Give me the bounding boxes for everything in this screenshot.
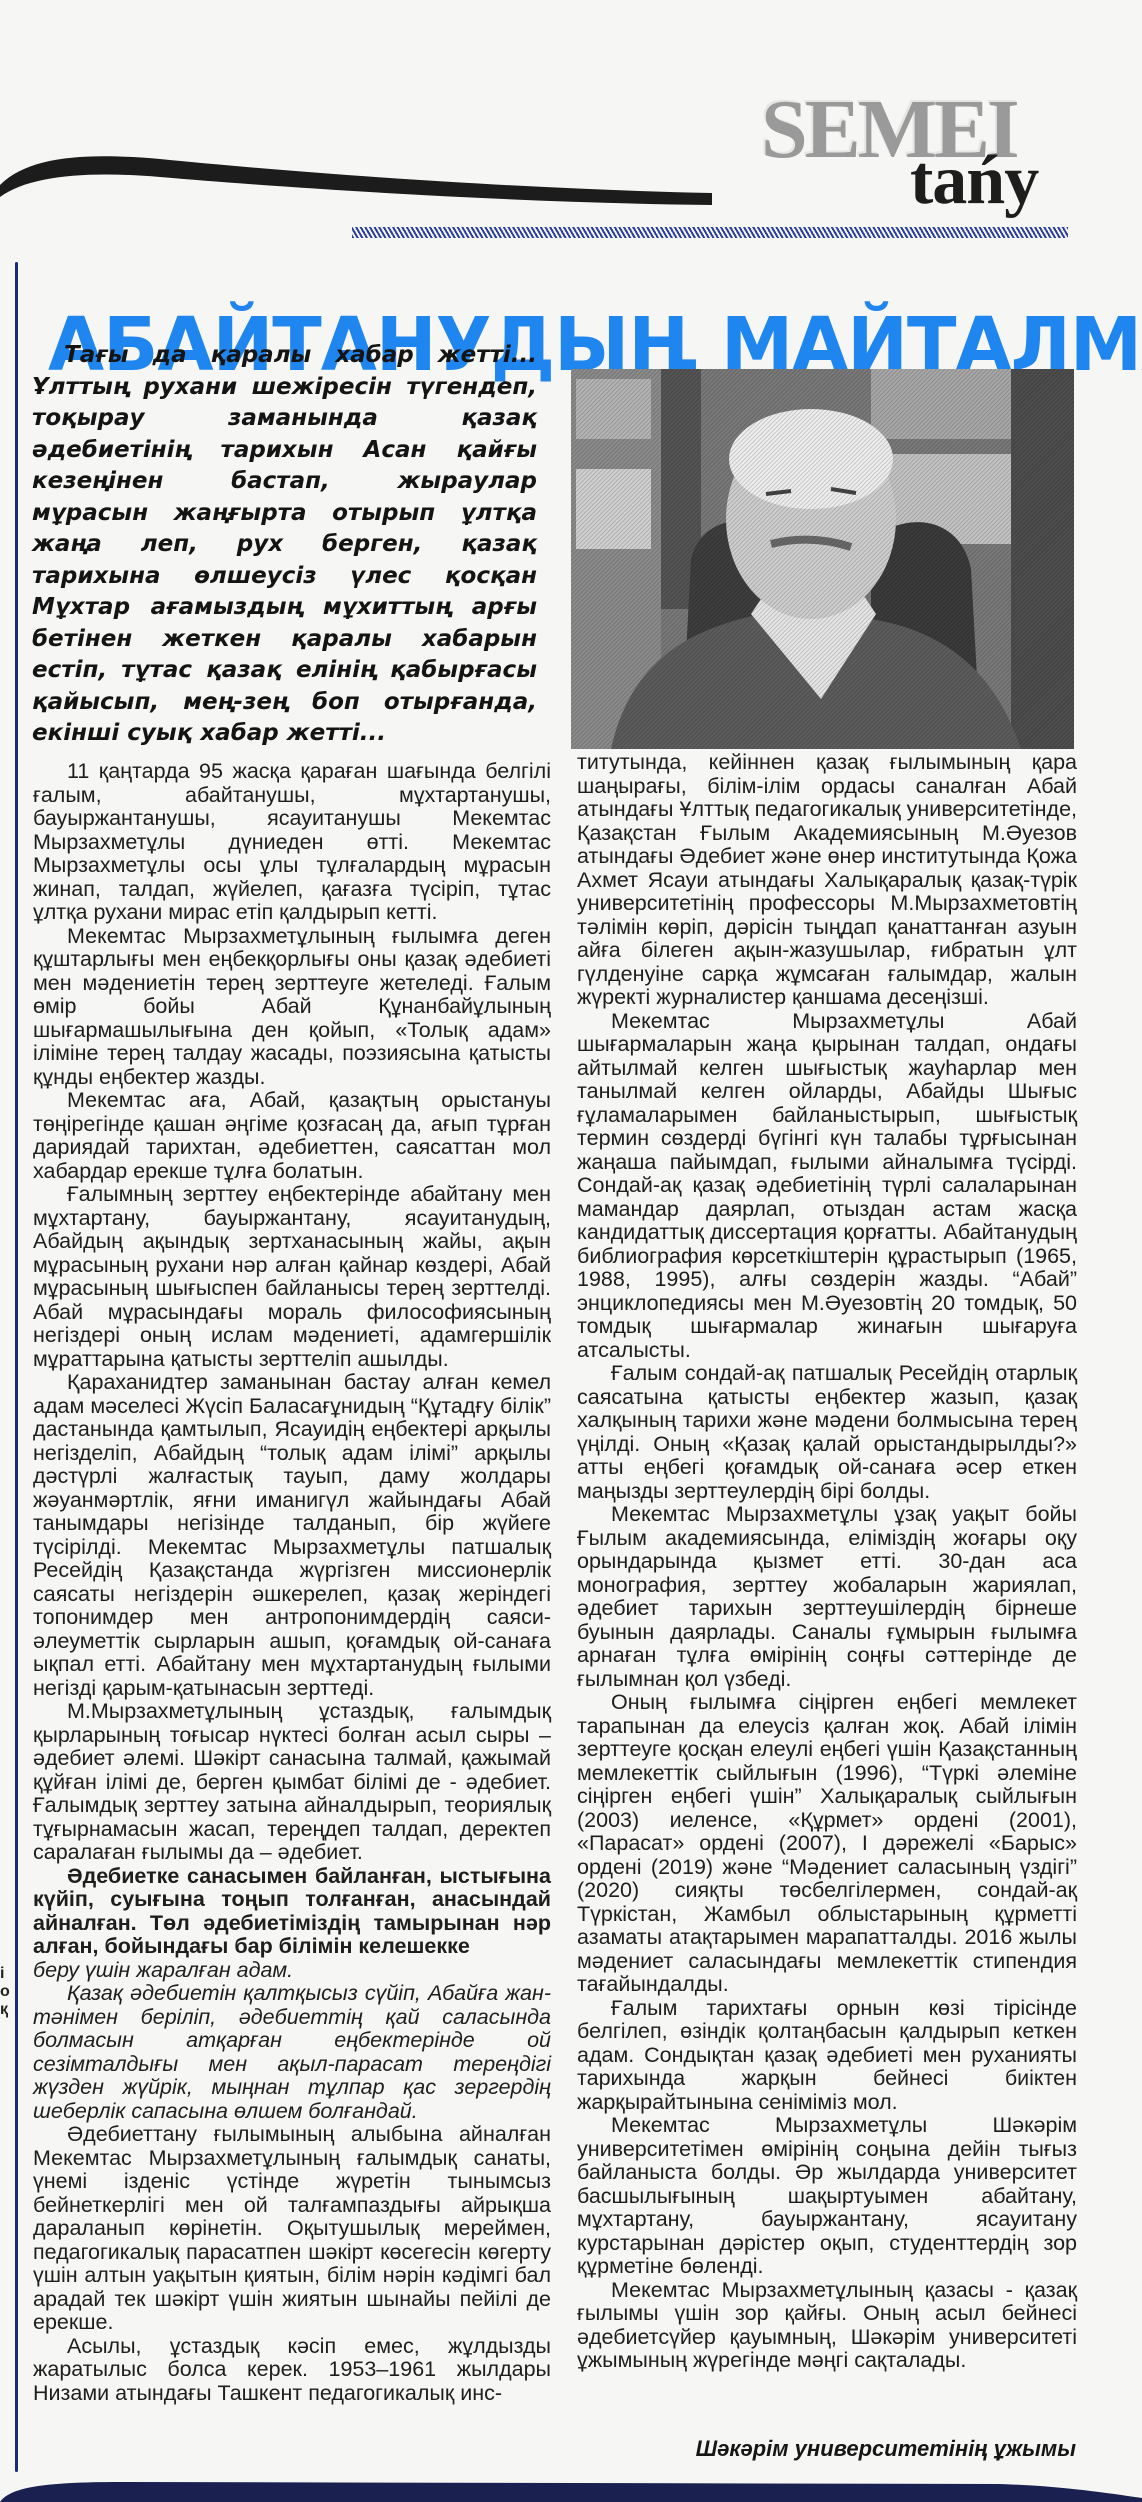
paragraph: М.Мырзахметұлының ұстаздық, ғалымдық қыр… [33,1700,551,1865]
paragraph: Мекемтас аға, Абай, қазақтың орыстануы т… [33,1089,551,1183]
paragraph-bold: Әдебиетке санасымен байланған, ыстығына … [33,1865,551,1959]
paragraph-continued: титутында, кейіннен қазақ ғылымының қара… [577,751,1077,1010]
column-border-rule [15,262,18,2472]
paragraph: 11 қаңтарда 95 жасқа қараған шағында бел… [33,760,551,925]
decorative-swoosh-rule [0,125,720,205]
paragraph: Ғалым тарихтағы орнын көзі тірісінде бел… [577,1997,1077,2115]
article-signature: Шәкәрім университетінің ұжымы [696,2436,1076,2462]
portrait-photo [571,369,1074,749]
portrait-image [571,369,1074,749]
paragraph: Қараханидтер заманынан бастау алған кеме… [33,1371,551,1700]
paragraph: Мекемтас Мырзахметұлы ұзақ уақыт бойы Ғы… [577,1503,1077,1691]
paragraph: Оның ғылымға сіңірген еңбегі мемлекет та… [577,1691,1077,1997]
paragraph-italic: беру үшін жаралған адам. [33,1959,551,1983]
paragraph: Асылы, ұстаздық кәсіп емес, жұлдызды жар… [33,2335,551,2406]
decorative-bottom-rule [0,2474,1142,2502]
hatched-divider [352,227,1068,238]
paragraph: Мекемтас Мырзахметұлының қазасы - қазақ … [577,2279,1077,2373]
paragraph: Мекемтас Мырзахметұлы Абай шығармаларын … [577,1010,1077,1363]
paragraph: Мекемтас Мырзахметұлы Шәкәрім университе… [577,2114,1077,2279]
paragraph: Ғалым сондай-ақ патшалық Ресейдің отарлы… [577,1362,1077,1503]
paragraph: Мекемтас Мырзахметұлының ғылымға деген қ… [33,925,551,1090]
article-column-left: 11 қаңтарда 95 жасқа қараған шағында бел… [33,760,551,2405]
section-logo: SEMEI tańy [748,84,1078,214]
paragraph: Ғалымның зерттеу еңбектерінде абайтану м… [33,1183,551,1371]
article-lead: Тағы да қаралы хабар жетті... Ұлттың рух… [32,340,537,750]
adjacent-page-edge-text: і о қ [0,1965,10,2019]
article-column-right: титутында, кейіннен қазақ ғылымының қара… [577,751,1077,2373]
section-logo-tany: tańy [910,146,1038,216]
paragraph: Әдебиеттану ғылымының алыбына айналған М… [33,2123,551,2335]
paragraph-italic: Қазақ әдебиетін қалтқысыз сүйіп, Абайға … [33,1982,551,2123]
